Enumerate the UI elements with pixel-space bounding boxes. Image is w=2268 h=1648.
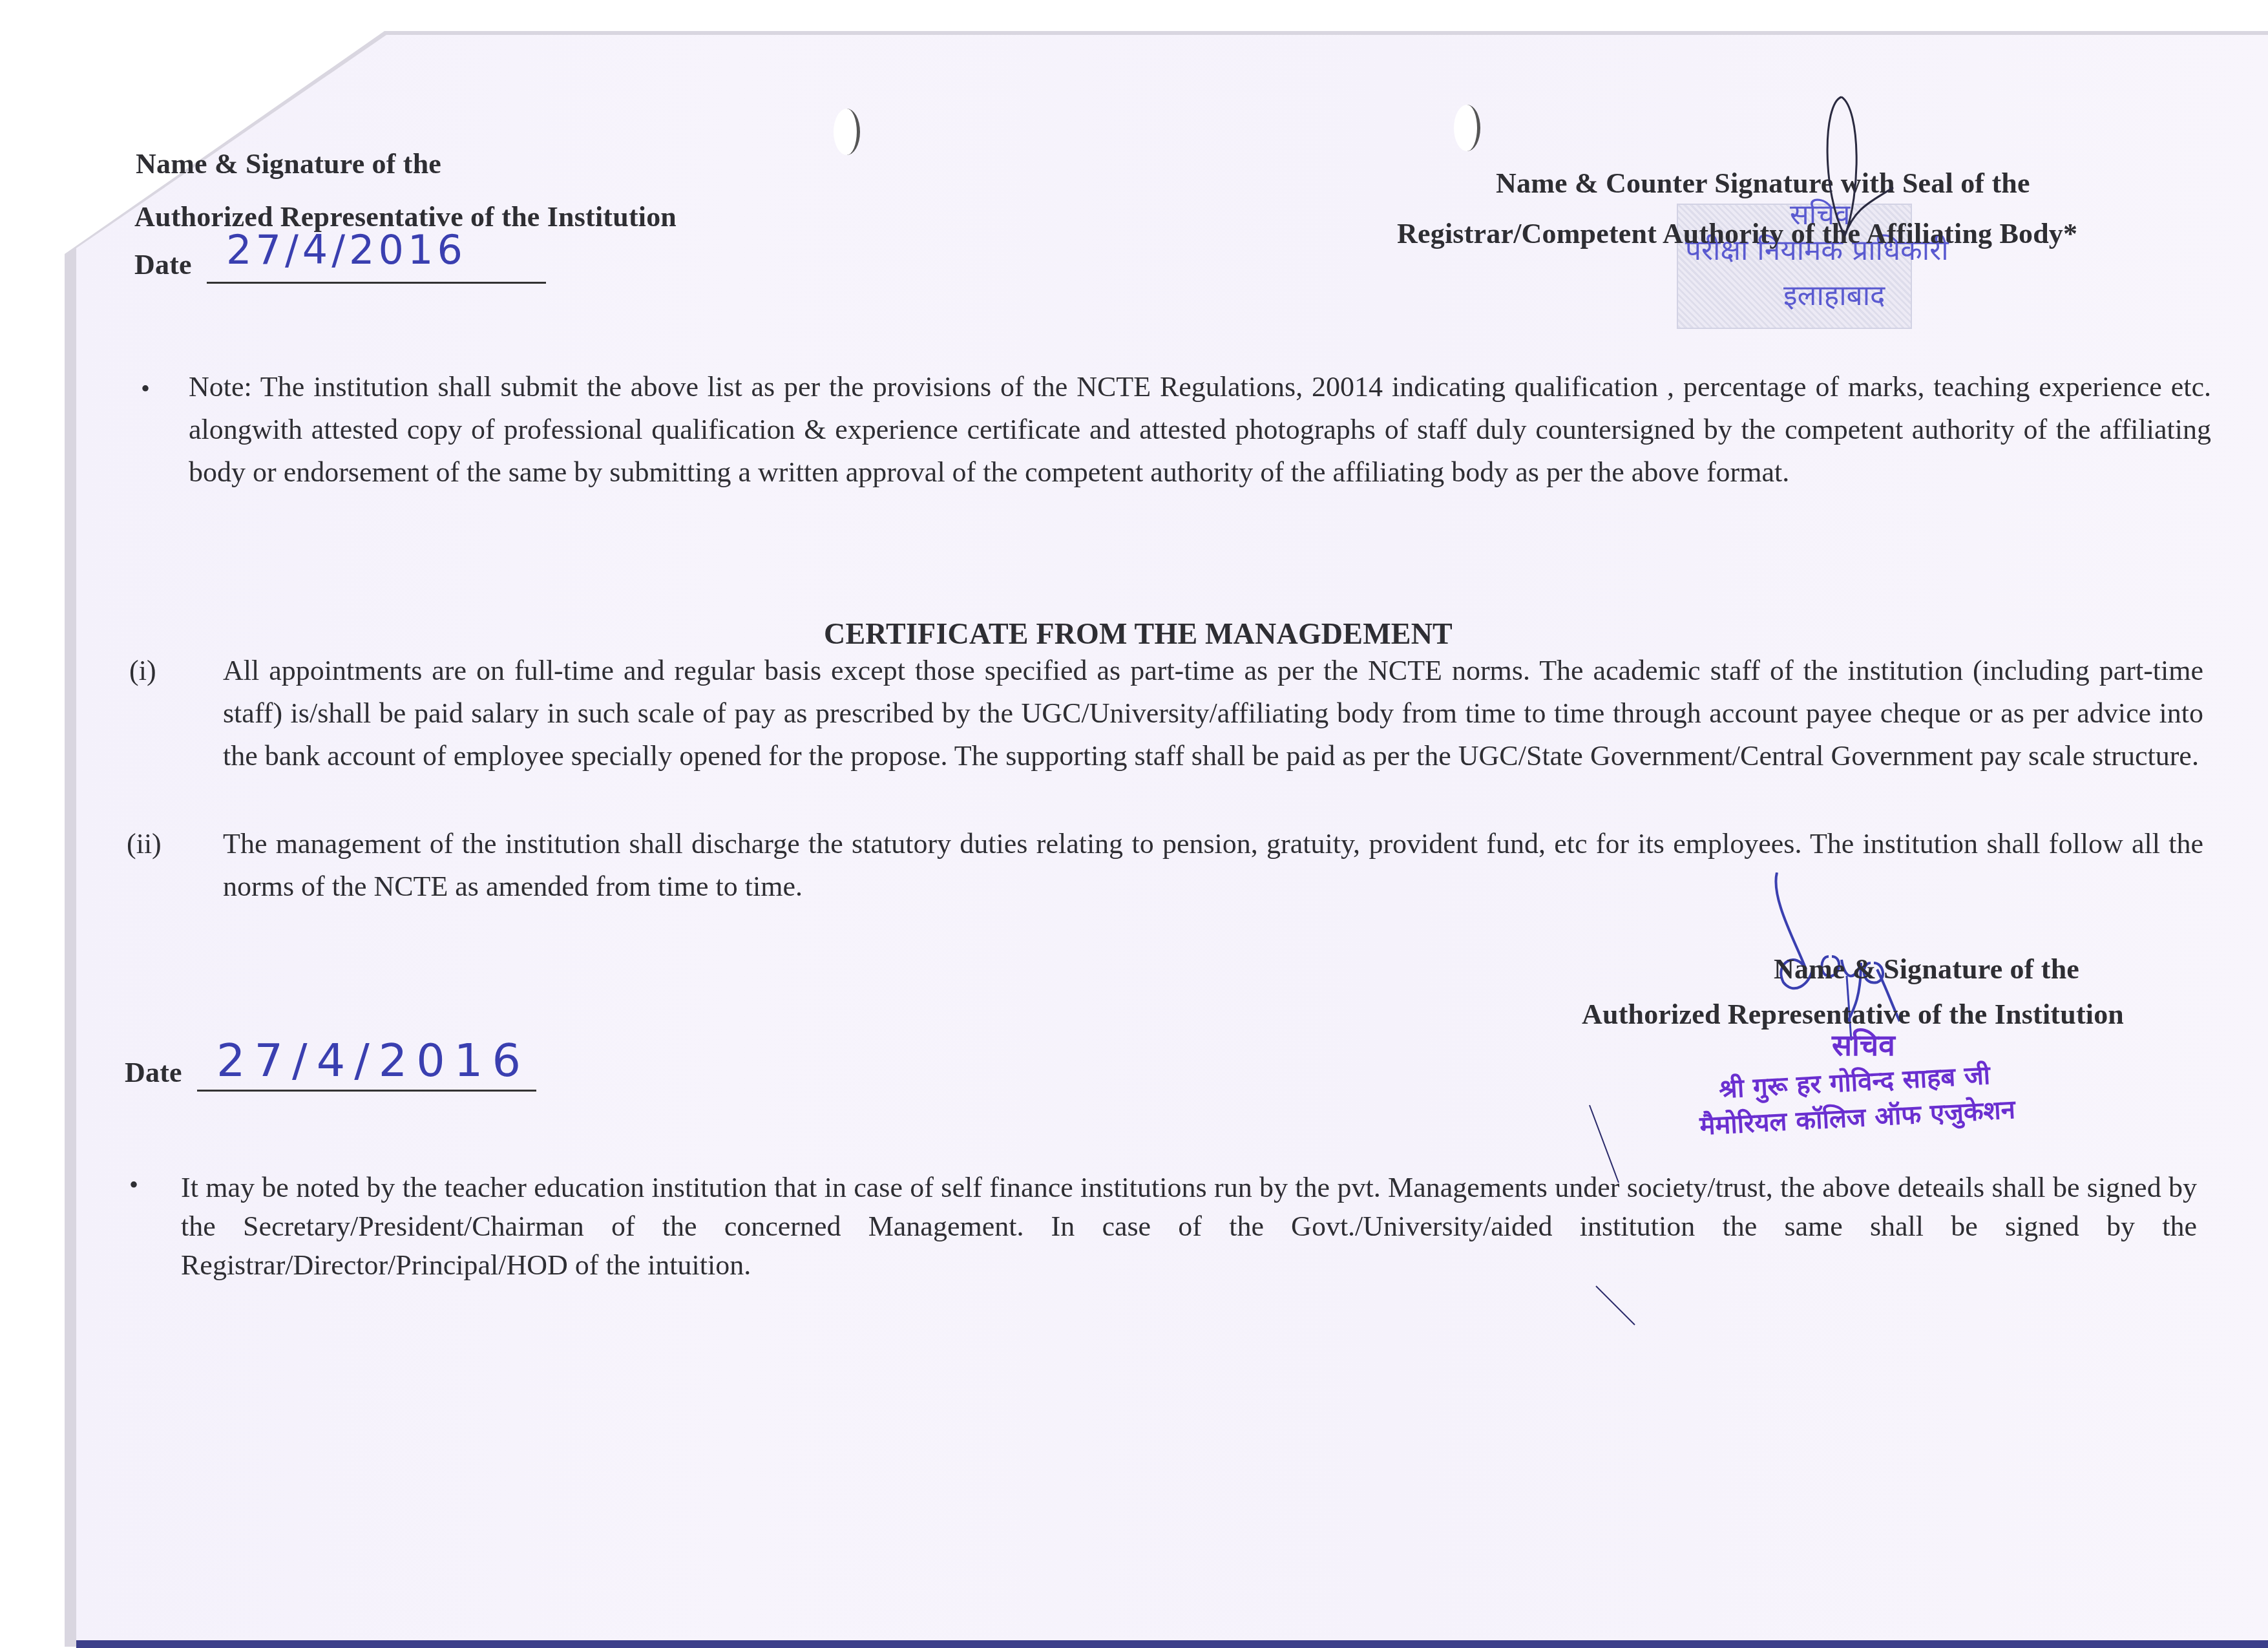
- footer-bullet: •: [129, 1170, 138, 1200]
- bottom-signature-label: Name & Signature of the: [1774, 953, 2079, 986]
- note-bullet: •: [141, 374, 150, 404]
- item-1-text: All appointments are on full-time and re…: [223, 650, 2203, 777]
- item-1-marker: (i): [129, 654, 156, 687]
- top-left-date-line: [207, 282, 546, 284]
- top-left-signature-label: Name & Signature of the: [136, 147, 441, 180]
- scanner-bottom-edge: [76, 1640, 2268, 1648]
- top-left-date-label: Date: [134, 248, 192, 281]
- registrar-signature-icon: [1796, 90, 1900, 246]
- punch-hole-icon: [1454, 105, 1480, 151]
- top-left-date-value: 27/4/2016: [226, 226, 467, 273]
- bottom-date-label: Date: [125, 1056, 182, 1089]
- bottom-date-value: 27/4/2016: [216, 1034, 530, 1087]
- note-paragraph: Note: The institution shall submit the a…: [189, 366, 2211, 494]
- footer-note-paragraph: It may be noted by the teacher education…: [181, 1168, 2197, 1285]
- item-2-marker: (ii): [127, 827, 162, 860]
- certificate-title: CERTIFICATE FROM THE MANAGDEMENT: [824, 617, 1453, 651]
- top-right-counter-signature-label: Name & Counter Signature with Seal of th…: [1496, 167, 2030, 200]
- top-right-authority-label: Registrar/Competent Authority of the Aff…: [1397, 217, 2077, 250]
- institution-stamp-line-1: सचिव: [1832, 1024, 1895, 1064]
- bottom-date-line: [197, 1090, 536, 1092]
- seal-line-3: इलाहाबाद: [1783, 275, 1885, 313]
- punch-hole-icon: [834, 109, 860, 155]
